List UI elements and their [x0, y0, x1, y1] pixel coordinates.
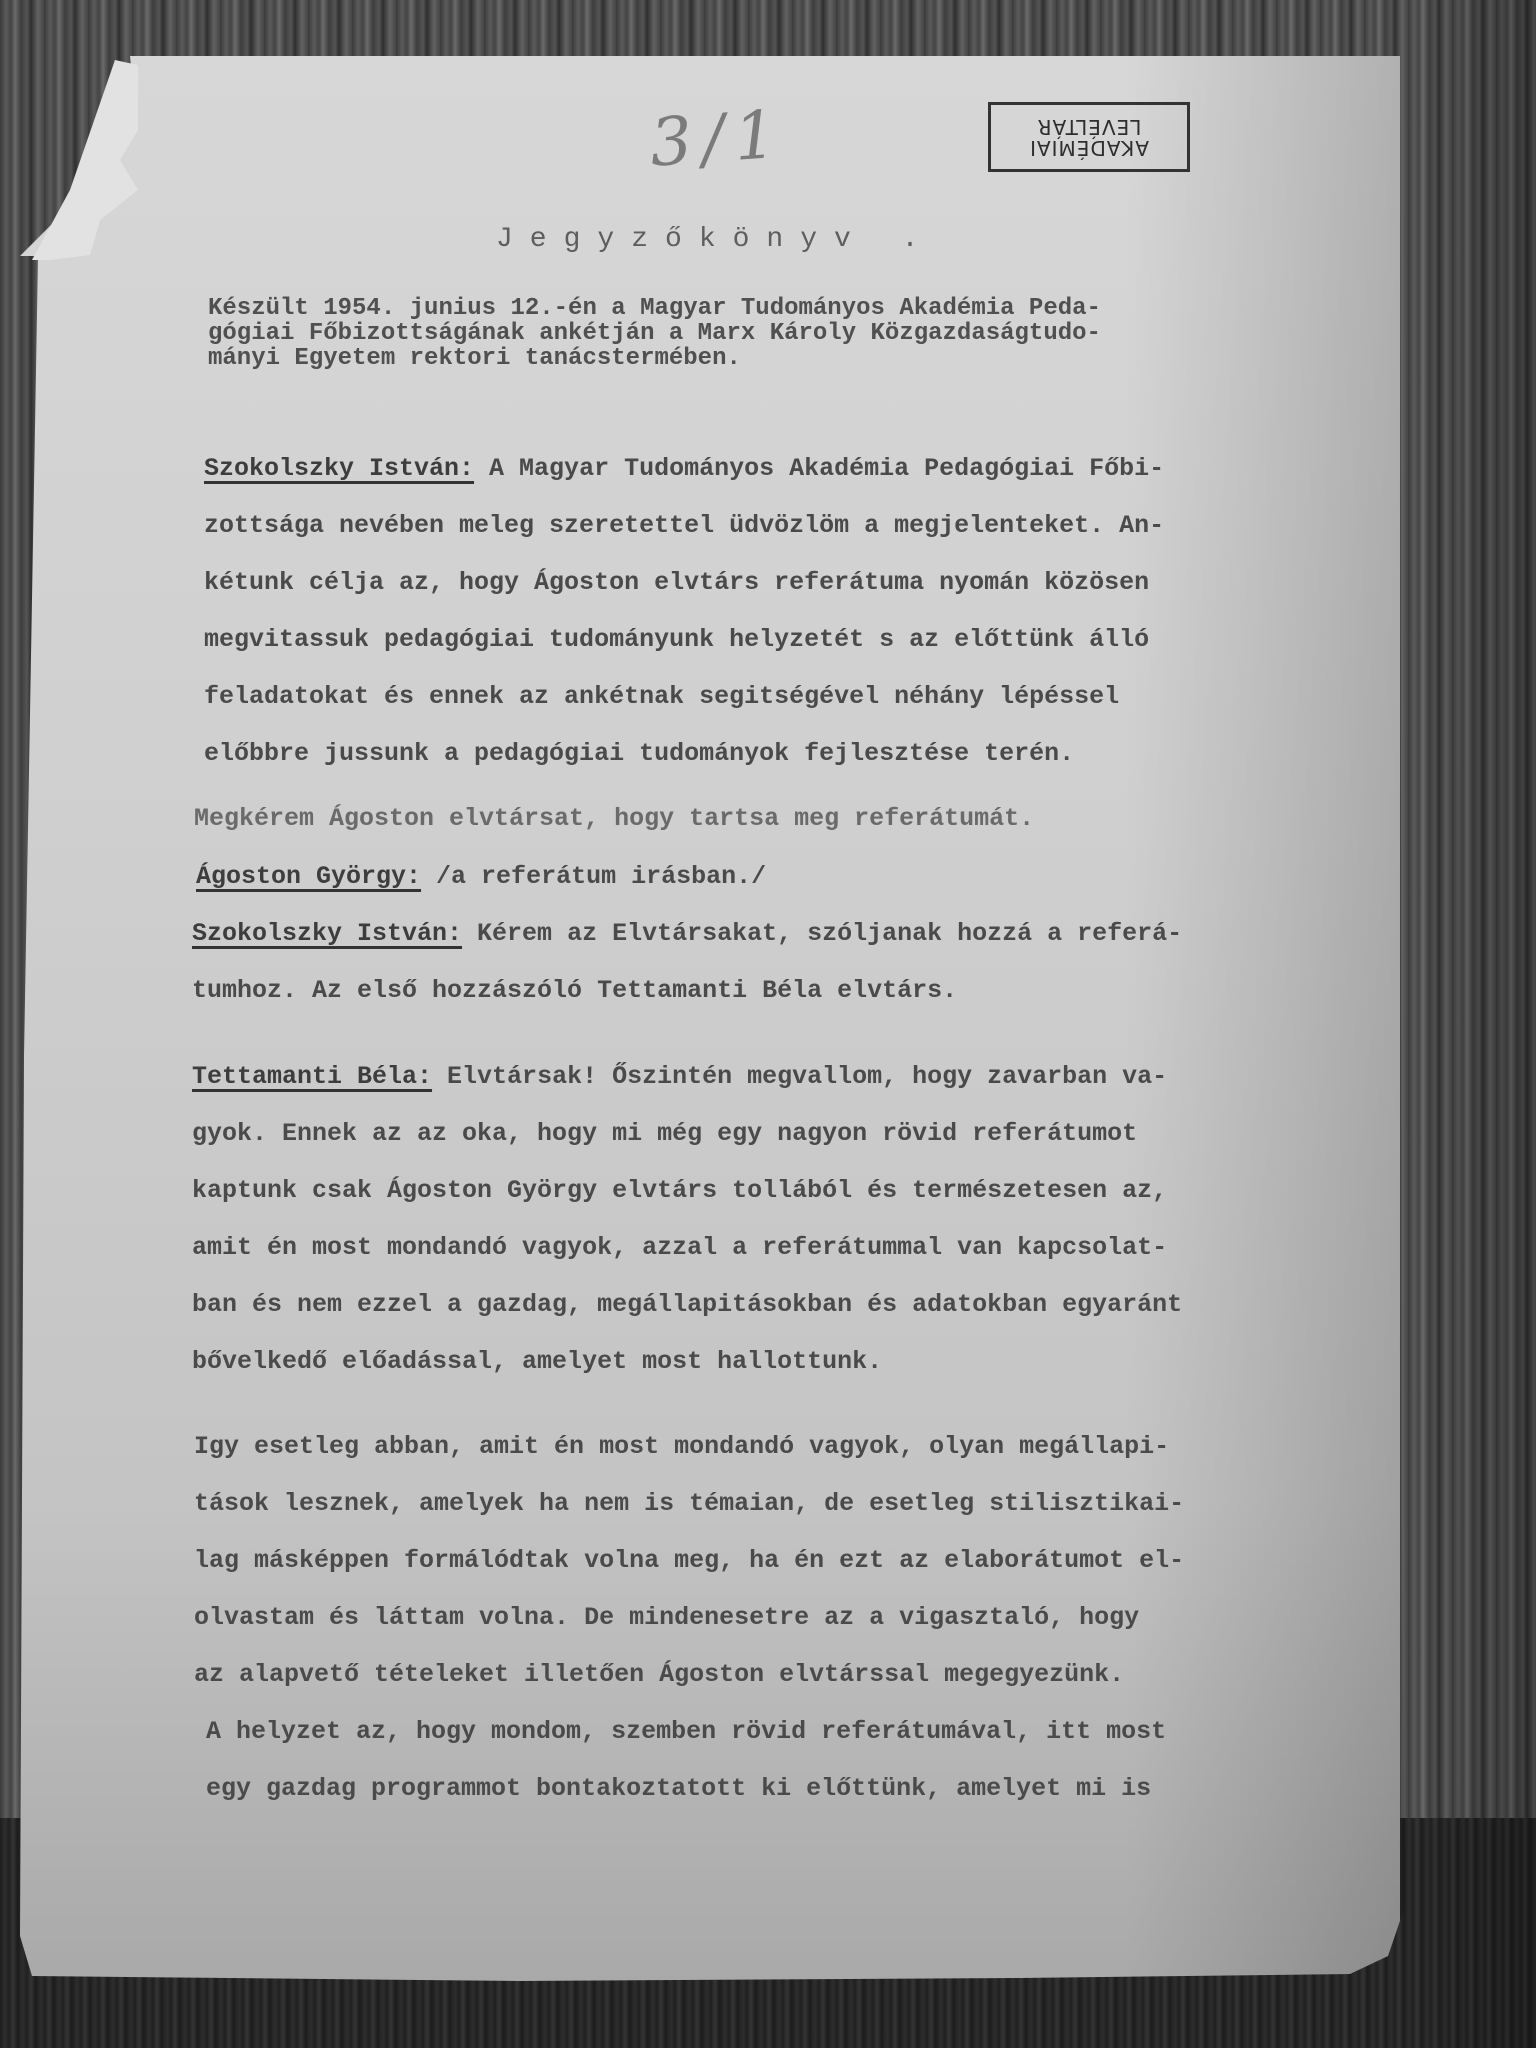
line-text: kaptunk csak Ágoston György elvtárs toll…: [192, 1176, 1167, 1205]
archive-stamp: AKADÉMIAI LEVÉLTÁR: [988, 102, 1190, 172]
line-text: lag másképpen formálódtak volna meg, ha …: [194, 1546, 1184, 1575]
transcript-line: tások lesznek, amelyek ha nem is témaian…: [194, 1475, 1354, 1532]
transcript-line: egy gazdag programmot bontakoztatott ki …: [206, 1760, 1366, 1817]
transcript-line: olvastam és láttam volna. De mindenesetr…: [194, 1589, 1354, 1646]
line-text: az alapvető tételeket illetően Ágoston e…: [194, 1660, 1124, 1689]
transcript-paragraph: Tettamanti Béla: Elvtársak! Őszintén meg…: [192, 1048, 1352, 1390]
line-text: Igy esetleg abban, amit én most mondandó…: [194, 1432, 1169, 1461]
line-text: Kérem az Elvtársakat, szóljanak hozzá a …: [462, 919, 1182, 948]
intro-line: gógiai Főbizottságának ankétján a Marx K…: [208, 321, 1328, 346]
transcript-paragraph: Szokolszky István: A Magyar Tudományos A…: [204, 440, 1364, 782]
wood-background-shade: [1416, 0, 1536, 2048]
line-text: kétunk célja az, hogy Ágoston elvtárs re…: [204, 568, 1149, 597]
transcript-line: ban és nem ezzel a gazdag, megállapitáso…: [192, 1276, 1352, 1333]
transcript-line: Szokolszky István: Kérem az Elvtársakat,…: [192, 905, 1352, 962]
transcript-line: A helyzet az, hogy mondom, szemben rövid…: [206, 1703, 1366, 1760]
document-title: Jegyzőkönyv .: [496, 224, 935, 255]
transcript-line: Szokolszky István: A Magyar Tudományos A…: [204, 440, 1364, 497]
line-text: egy gazdag programmot bontakoztatott ki …: [206, 1774, 1151, 1803]
line-text: feladatokat és ennek az ankétnak segitsé…: [204, 682, 1119, 711]
speaker-name: Szokolszky István:: [204, 454, 474, 483]
transcript-line: bővelkedő előadással, amelyet most hallo…: [192, 1333, 1352, 1390]
transcript-line: megvitassuk pedagógiai tudományunk helyz…: [204, 611, 1364, 668]
transcript-paragraph: Szokolszky István: Kérem az Elvtársakat,…: [192, 905, 1352, 1019]
intro-paragraph: Készült 1954. junius 12.-én a Magyar Tud…: [208, 296, 1328, 371]
stamp-line-1: AKADÉMIAI: [1029, 137, 1149, 158]
speaker-name: Ágoston György:: [196, 862, 421, 891]
line-text: Elvtársak! Őszintén megvallom, hogy zava…: [432, 1062, 1167, 1091]
transcript-paragraph: Ágoston György: /a referátum irásban./: [196, 848, 1356, 905]
transcript-line: az alapvető tételeket illetően Ágoston e…: [194, 1646, 1354, 1703]
transcript-line: előbbre jussunk a pedagógiai tudományok …: [204, 725, 1364, 782]
transcript-paragraph: Megkérem Ágoston elvtársat, hogy tartsa …: [194, 790, 1354, 847]
stamp-line-2: LEVÉLTÁR: [1037, 116, 1142, 137]
handwritten-folio-number: 3/1: [647, 95, 788, 181]
line-text: A helyzet az, hogy mondom, szemben rövid…: [206, 1717, 1166, 1746]
line-text: előbbre jussunk a pedagógiai tudományok …: [204, 739, 1074, 768]
speaker-name: Szokolszky István:: [192, 919, 462, 948]
transcript-line: Tettamanti Béla: Elvtársak! Őszintén meg…: [192, 1048, 1352, 1105]
intro-line: mányi Egyetem rektori tanácstermében.: [208, 346, 1328, 371]
transcript-paragraph: A helyzet az, hogy mondom, szemben rövid…: [206, 1703, 1366, 1817]
transcript-paragraph: Igy esetleg abban, amit én most mondandó…: [194, 1418, 1354, 1703]
transcript-line: feladatokat és ennek az ankétnak segitsé…: [204, 668, 1364, 725]
transcript-line: tumhoz. Az első hozzászóló Tettamanti Bé…: [192, 962, 1352, 1019]
transcript-line: kaptunk csak Ágoston György elvtárs toll…: [192, 1162, 1352, 1219]
transcript-line: zottsága nevében meleg szeretettel üdvöz…: [204, 497, 1364, 554]
line-text: /a referátum irásban./: [421, 862, 766, 891]
line-text: zottsága nevében meleg szeretettel üdvöz…: [204, 511, 1164, 540]
speaker-name: Tettamanti Béla:: [192, 1062, 432, 1091]
line-text: A Magyar Tudományos Akadémia Pedagógiai …: [474, 454, 1164, 483]
transcript-line: lag másképpen formálódtak volna meg, ha …: [194, 1532, 1354, 1589]
line-text: ban és nem ezzel a gazdag, megállapitáso…: [192, 1290, 1182, 1319]
transcript-line: gyok. Ennek az az oka, hogy mi még egy n…: [192, 1105, 1352, 1162]
intro-line: Készült 1954. junius 12.-én a Magyar Tud…: [208, 296, 1328, 321]
transcript-line: Ágoston György: /a referátum irásban./: [196, 848, 1356, 905]
transcript-line: kétunk célja az, hogy Ágoston elvtárs re…: [204, 554, 1364, 611]
line-text: tumhoz. Az első hozzászóló Tettamanti Bé…: [192, 976, 957, 1005]
line-text: megvitassuk pedagógiai tudományunk helyz…: [204, 625, 1149, 654]
line-text: amit én most mondandó vagyok, azzal a re…: [192, 1233, 1167, 1262]
line-text: olvastam és láttam volna. De mindenesetr…: [194, 1603, 1139, 1632]
transcript-line: Igy esetleg abban, amit én most mondandó…: [194, 1418, 1354, 1475]
line-text: Megkérem Ágoston elvtársat, hogy tartsa …: [194, 804, 1034, 833]
line-text: gyok. Ennek az az oka, hogy mi még egy n…: [192, 1119, 1137, 1148]
line-text: bővelkedő előadással, amelyet most hallo…: [192, 1347, 882, 1376]
line-text: tások lesznek, amelyek ha nem is témaian…: [194, 1489, 1184, 1518]
transcript-line: Megkérem Ágoston elvtársat, hogy tartsa …: [194, 790, 1354, 847]
transcript-line: amit én most mondandó vagyok, azzal a re…: [192, 1219, 1352, 1276]
